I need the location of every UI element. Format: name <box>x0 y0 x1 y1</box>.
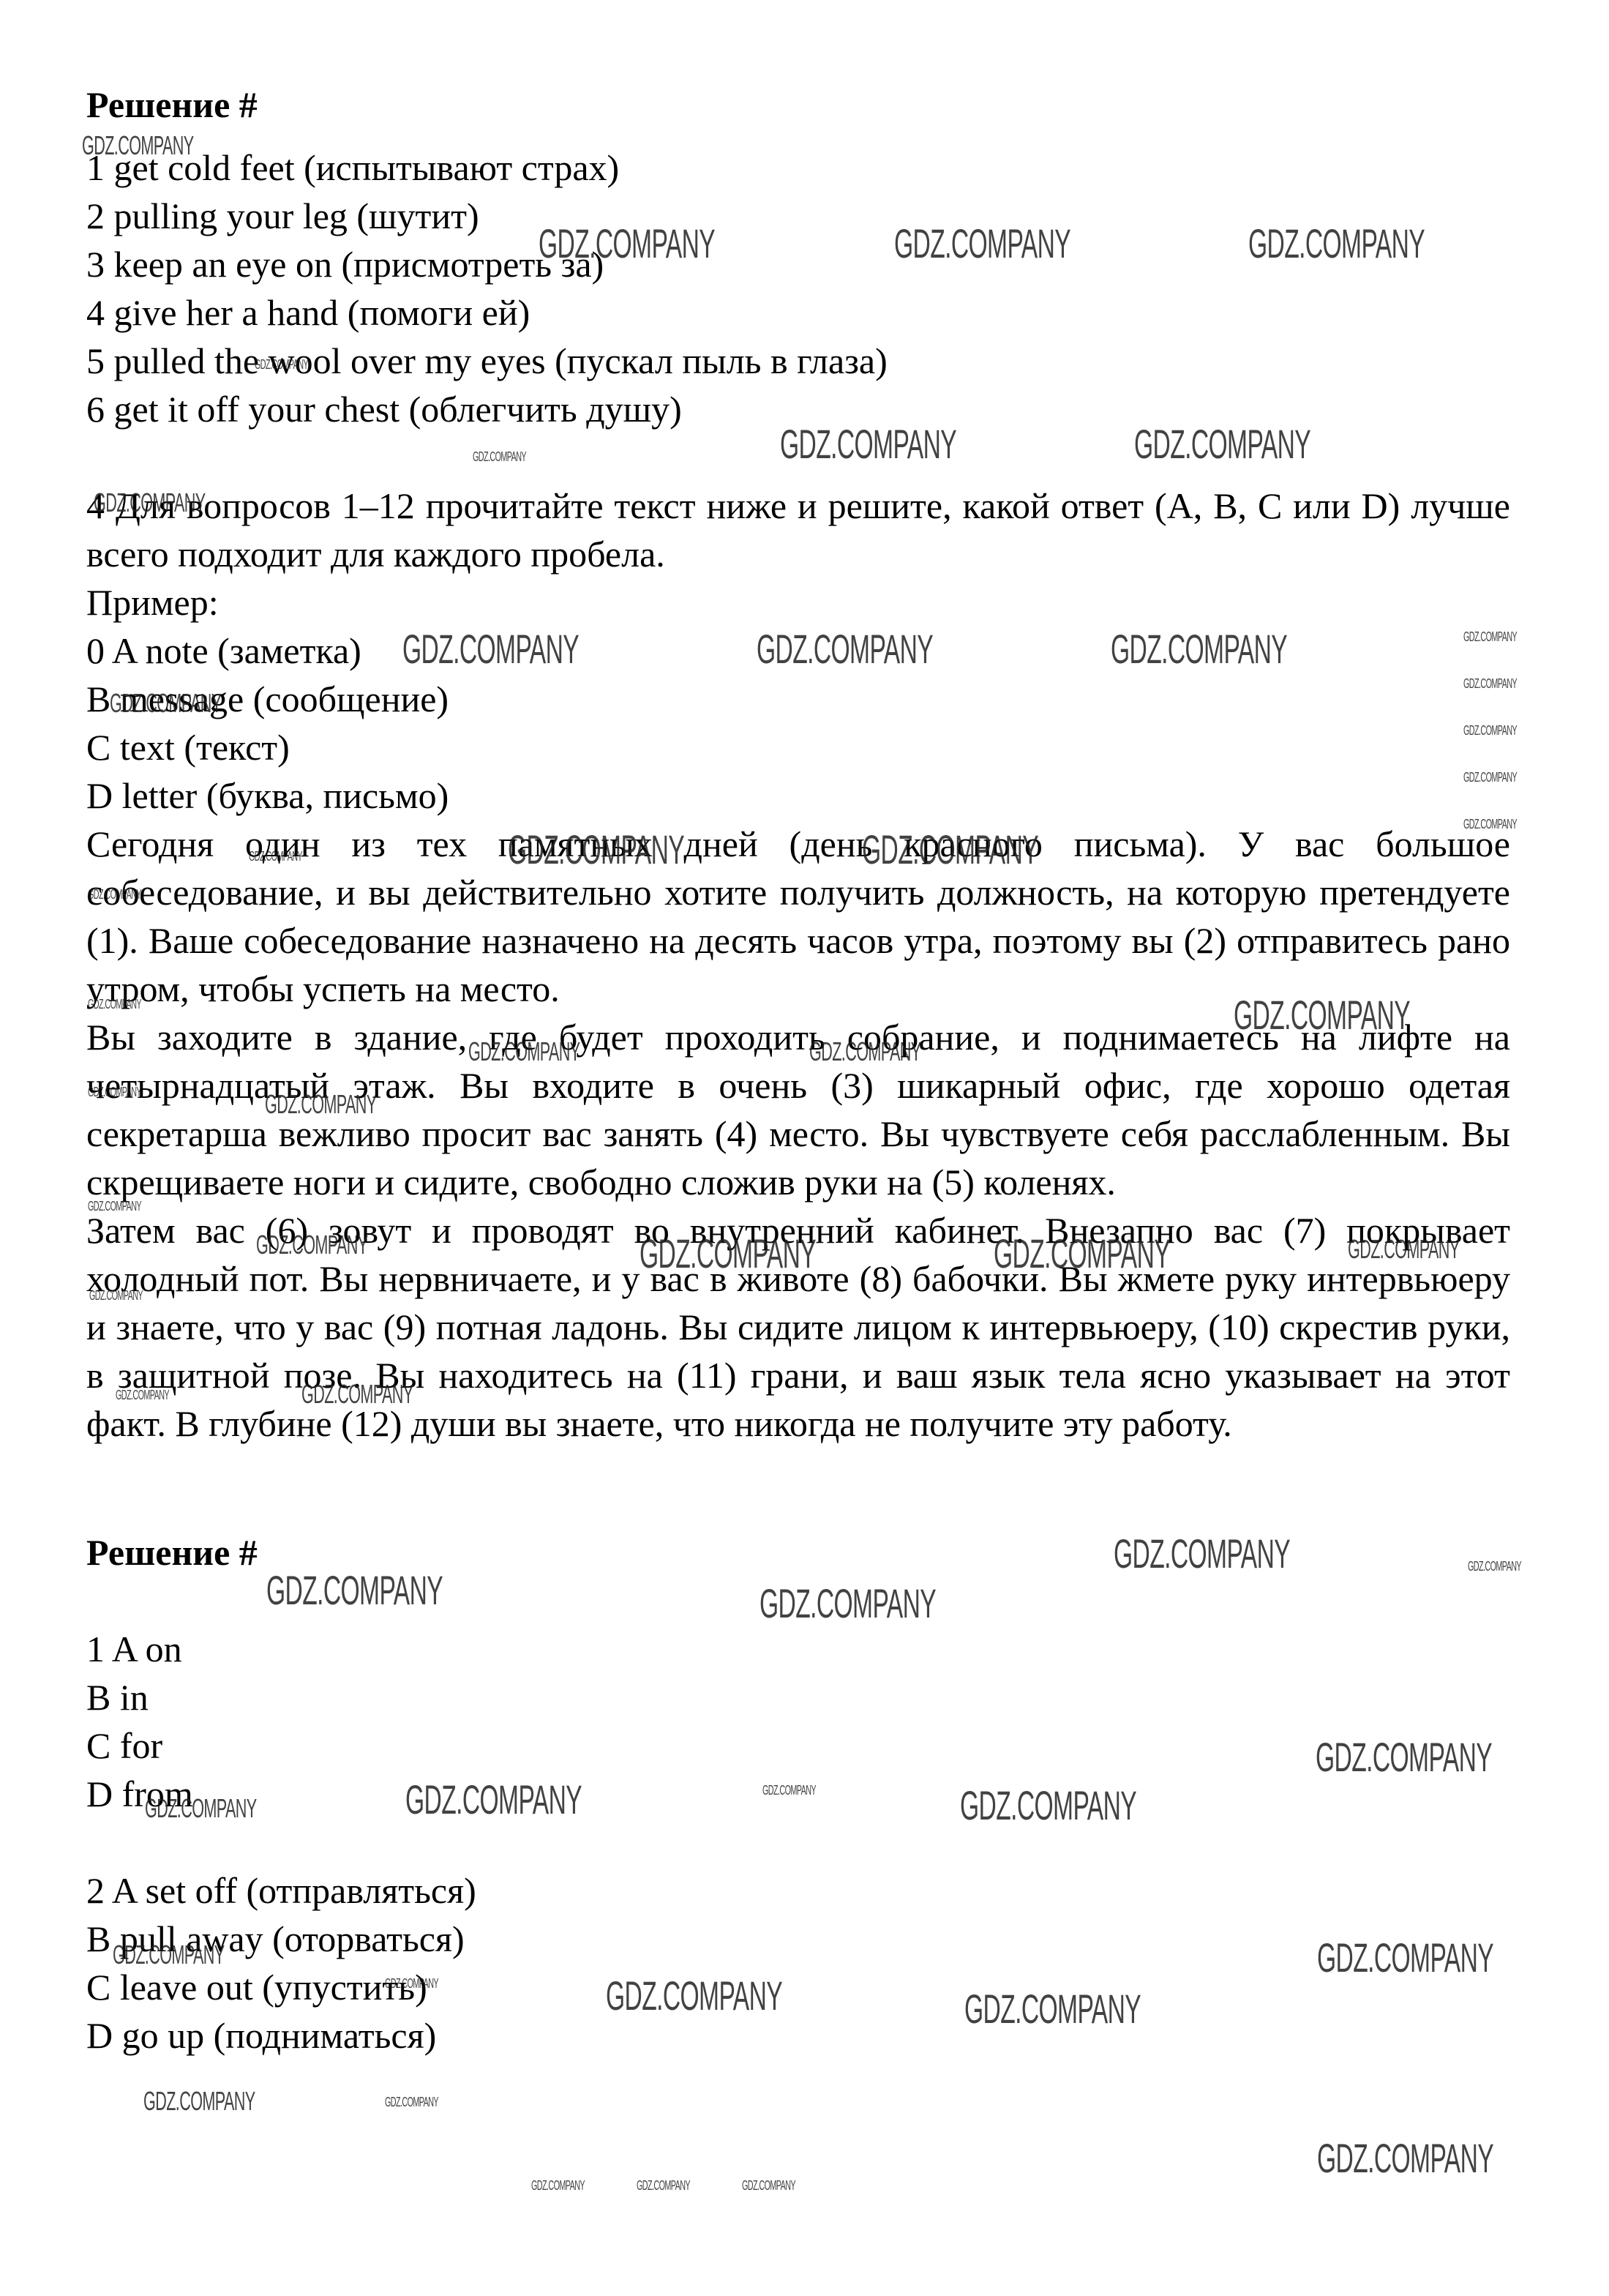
example-option-b: B message (сообщение) <box>86 675 1510 723</box>
solution-heading-2: Решение # <box>86 1528 1510 1577</box>
watermark: GDZ.COMPANY <box>143 2086 255 2117</box>
text-paragraph-1: Сегодня один из тех памятных дней (день … <box>86 820 1510 1013</box>
watermark: GDZ.COMPANY <box>531 2178 585 2194</box>
q1-option-a: 1 A on <box>86 1625 1510 1673</box>
q1-option-d: D from <box>86 1770 1510 1818</box>
solution-heading-1: Решение # <box>86 81 1510 129</box>
watermark: GDZ.COMPANY <box>385 2095 438 2110</box>
text-paragraph-3: Затем вас (6) зовут и проводят во внутре… <box>86 1206 1510 1448</box>
example-options: 0 A note (заметка) B message (сообщение)… <box>86 627 1510 820</box>
document-page: Решение # 1 get cold feet (испытывают ст… <box>86 81 1510 2060</box>
watermark: GDZ.COMPANY <box>637 2178 690 2194</box>
question-2-options: 2 A set off (отправляться) B pull away (… <box>86 1866 1510 2060</box>
idiom-answer-4: 4 give her a hand (помоги ей) <box>86 288 1510 337</box>
example-option-d: D letter (буква, письмо) <box>86 771 1510 820</box>
idiom-answer-5: 5 pulled the wool over my eyes (пускал п… <box>86 337 1510 385</box>
idiom-answer-2: 2 pulling your leg (шутит) <box>86 192 1510 240</box>
idiom-answer-3: 3 keep an eye on (присмотреть за) <box>86 240 1510 288</box>
example-option-c: C text (текст) <box>86 723 1510 771</box>
q2-option-a: 2 A set off (отправляться) <box>86 1866 1510 1915</box>
question-1-options: 1 A on B in C for D from <box>86 1625 1510 1818</box>
watermark: GDZ.COMPANY <box>1317 2134 1493 2182</box>
example-label: Пример: <box>86 578 1510 627</box>
q1-option-c: C for <box>86 1721 1510 1770</box>
idiom-answer-1: 1 get cold feet (испытывают страх) <box>86 143 1510 192</box>
q2-option-d: D go up (подниматься) <box>86 2011 1510 2060</box>
idiom-answer-list: 1 get cold feet (испытывают страх) 2 pul… <box>86 143 1510 433</box>
q1-option-b: B in <box>86 1673 1510 1721</box>
idiom-answer-6: 6 get it off your chest (облегчить душу) <box>86 385 1510 433</box>
q2-option-c: C leave out (упустить) <box>86 1963 1510 2011</box>
q2-option-b: B pull away (оторваться) <box>86 1915 1510 1963</box>
text-paragraph-2: Вы заходите в здание, где будет проходит… <box>86 1013 1510 1206</box>
watermark: GDZ.COMPANY <box>742 2178 795 2194</box>
example-option-a: 0 A note (заметка) <box>86 627 1510 675</box>
task-instruction: 4 Для вопросов 1–12 прочитайте текст ниж… <box>86 482 1510 578</box>
